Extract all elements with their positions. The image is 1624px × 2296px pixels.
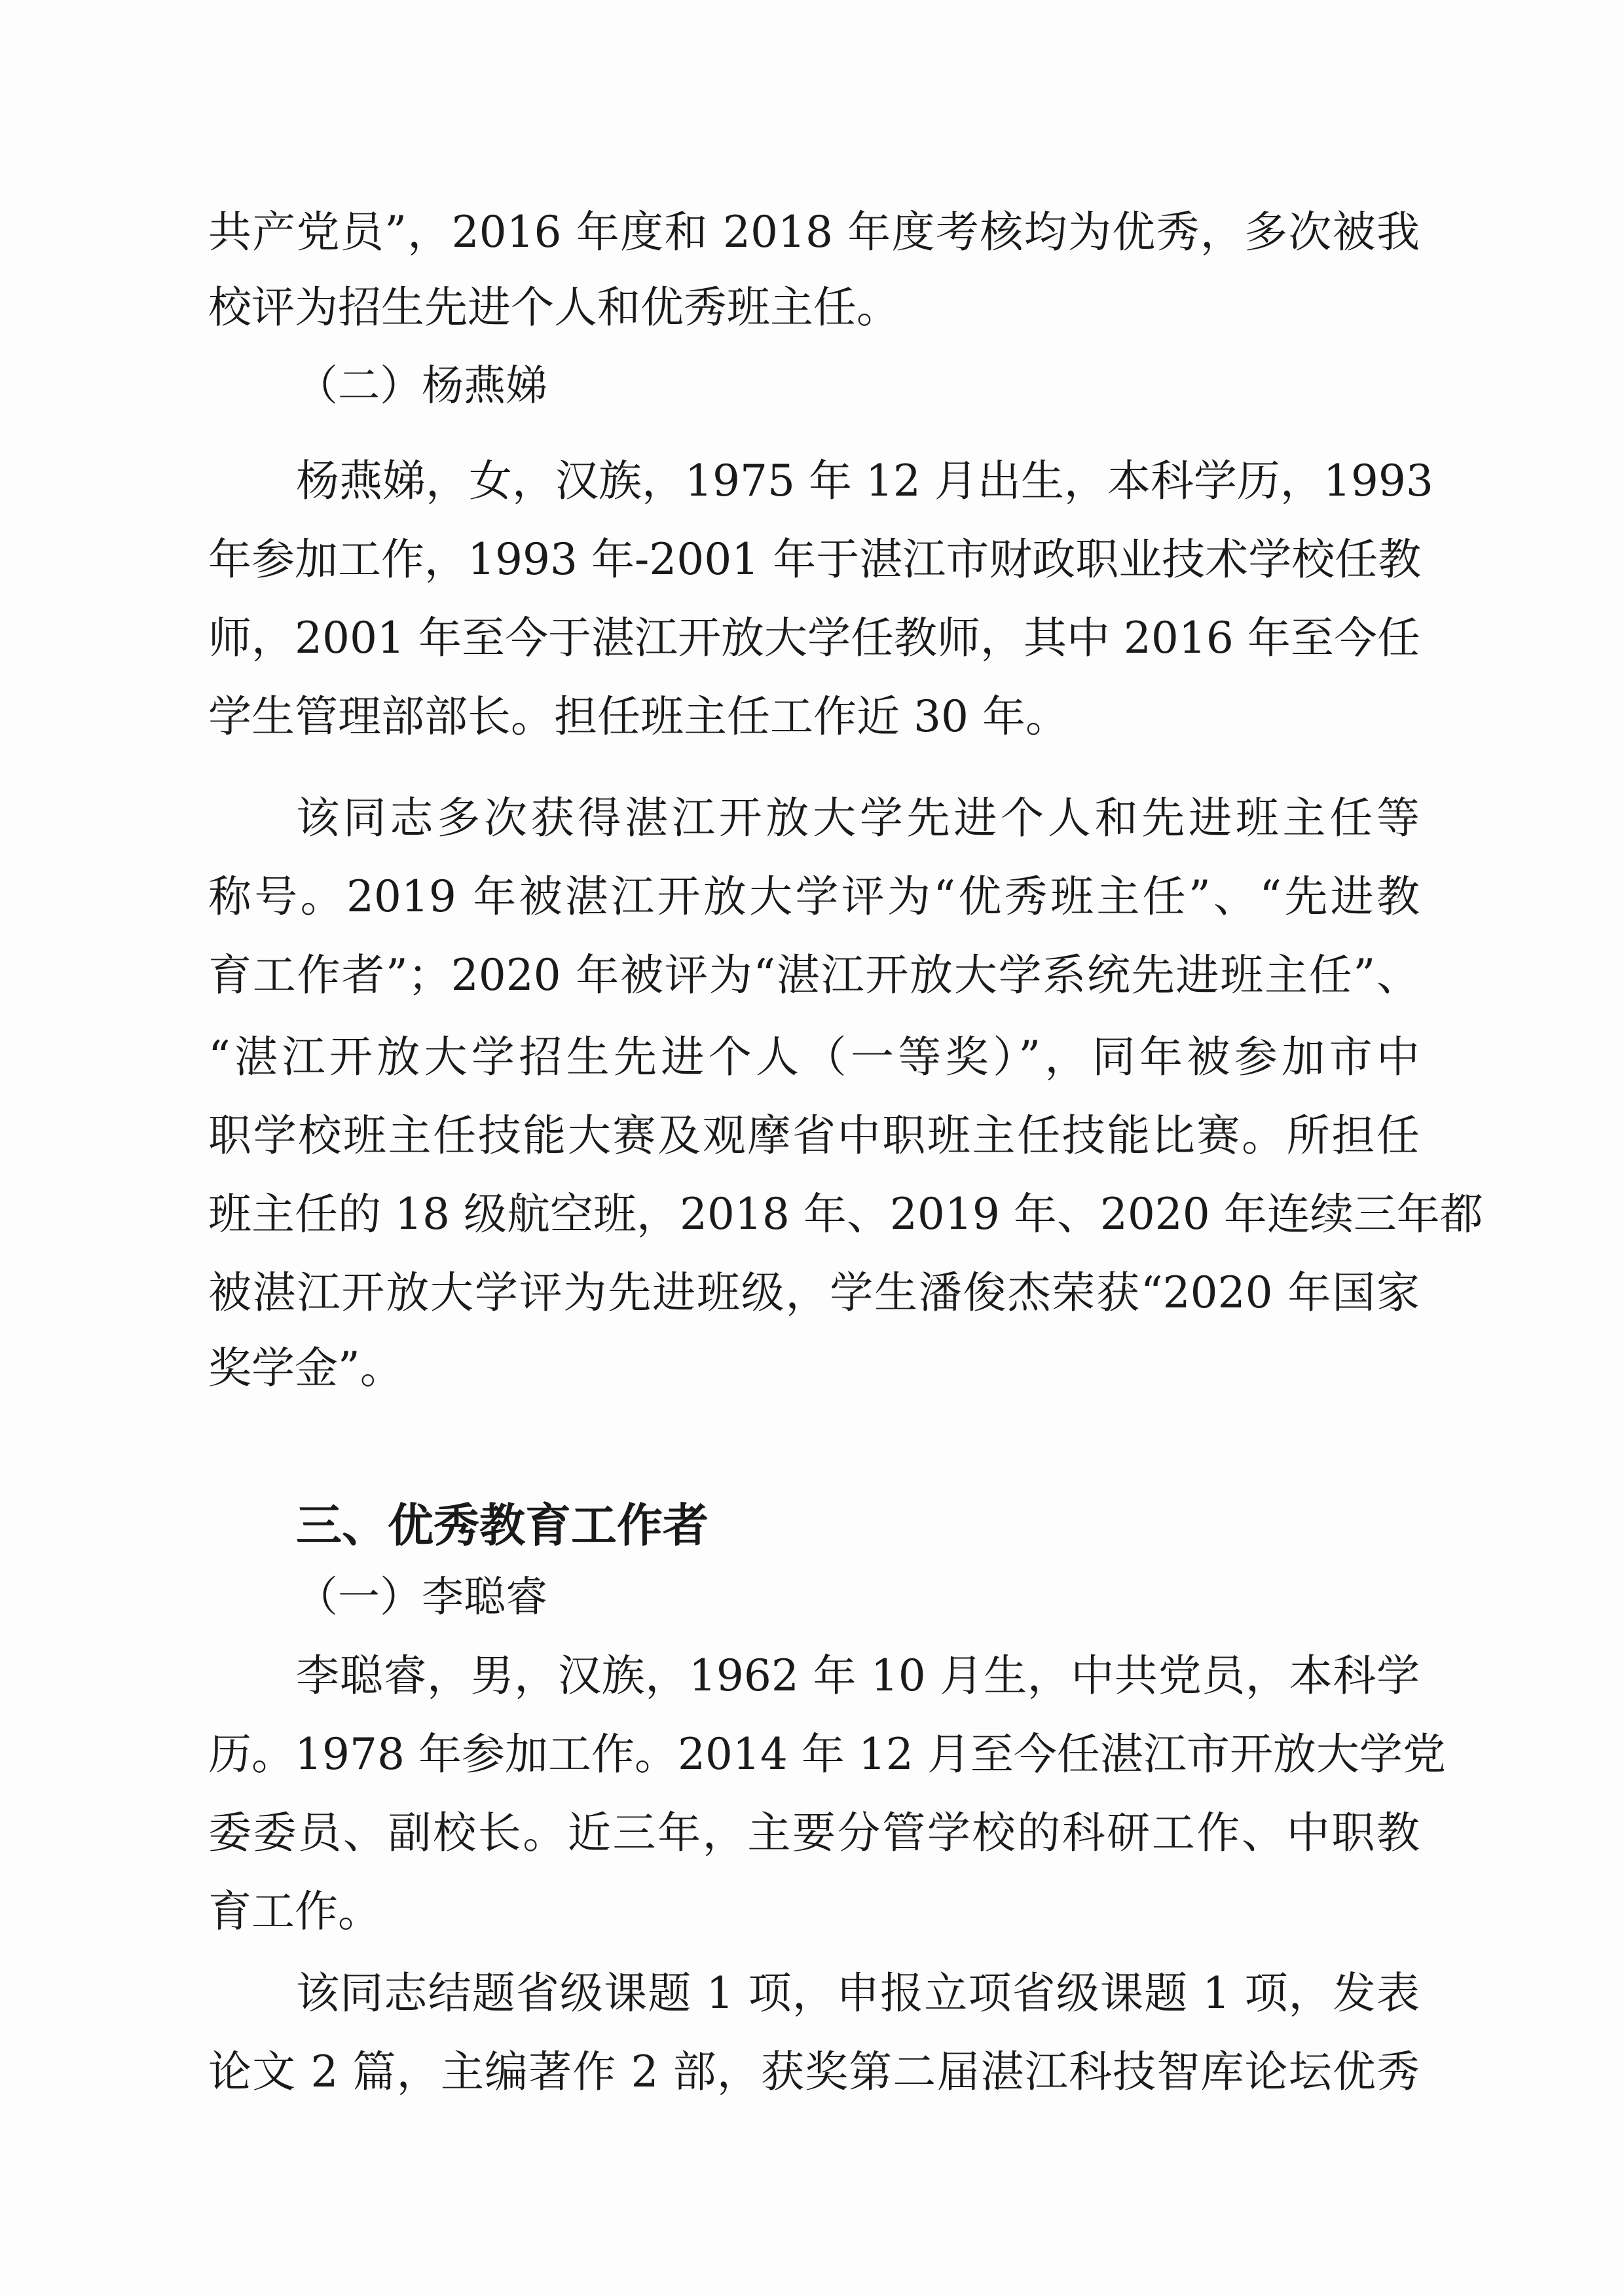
paragraph-line: 称号。2019 年被湛江开放大学评为“优秀班主任”、“先进教 [208,864,1420,930]
paragraph-line: 班主任的 18 级航空班，2018 年、2019 年、2020 年连续三年都 [208,1182,1420,1247]
paragraph-line: 李聪睿，男，汉族，1962 年 10 月生，中共党员，本科学 [296,1643,1420,1709]
paragraph-line: 学生管理部部长。担任班主任工作近 30 年。 [208,684,1420,750]
subsection-heading: （一）李聪睿 [296,1565,1507,1630]
paragraph-line: 论文 2 篇，主编著作 2 部，获奖第二届湛江科技智库论坛优秀 [208,2039,1420,2105]
paragraph-line: 共产党员”，2016 年度和 2018 年度考核均为优秀，多次被我 [208,200,1420,265]
paragraph-line: 校评为招生先进个人和优秀班主任。 [208,275,1420,340]
paragraph-line: 该同志多次获得湛江开放大学先进个人和先进班主任等 [296,786,1420,851]
subsection-heading: （二）杨燕娣 [296,354,1507,419]
paragraph-line: 历。1978 年参加工作。2014 年 12 月至今任湛江市开放大学党 [208,1722,1420,1787]
section-heading: 三、优秀教育工作者 [296,1493,1507,1558]
paragraph-line: “湛江开放大学招生先进个人（一等奖）”，同年被参加市中 [208,1025,1420,1090]
paragraph-line: 被湛江开放大学评为先进班级，学生潘俊杰荣获“2020 年国家 [208,1260,1420,1326]
paragraph-line: 杨燕娣，女，汉族，1975 年 12 月出生，本科学历，1993 [296,448,1420,514]
paragraph-line: 年参加工作，1993 年-2001 年于湛江市财政职业技术学校任教 [208,527,1420,592]
paragraph-line: 师，2001 年至今于湛江开放大学任教师，其中 2016 年至今任 [208,606,1420,671]
paragraph-line: 职学校班主任技能大赛及观摩省中职班主任技能比赛。所担任 [208,1103,1420,1169]
paragraph-line: 育工作。 [208,1879,1420,1944]
paragraph-line: 委委员、副校长。近三年，主要分管学校的科研工作、中职教 [208,1800,1420,1866]
document-page: 共产党员”，2016 年度和 2018 年度考核均为优秀，多次被我 校评为招生先… [0,0,1624,2296]
paragraph-line: 育工作者”；2020 年被评为“湛江开放大学系统先进班主任”、 [208,943,1420,1008]
paragraph-line: 奖学金”。 [208,1336,1420,1401]
paragraph-line: 该同志结题省级课题 1 项，申报立项省级课题 1 项，发表 [296,1961,1420,2026]
